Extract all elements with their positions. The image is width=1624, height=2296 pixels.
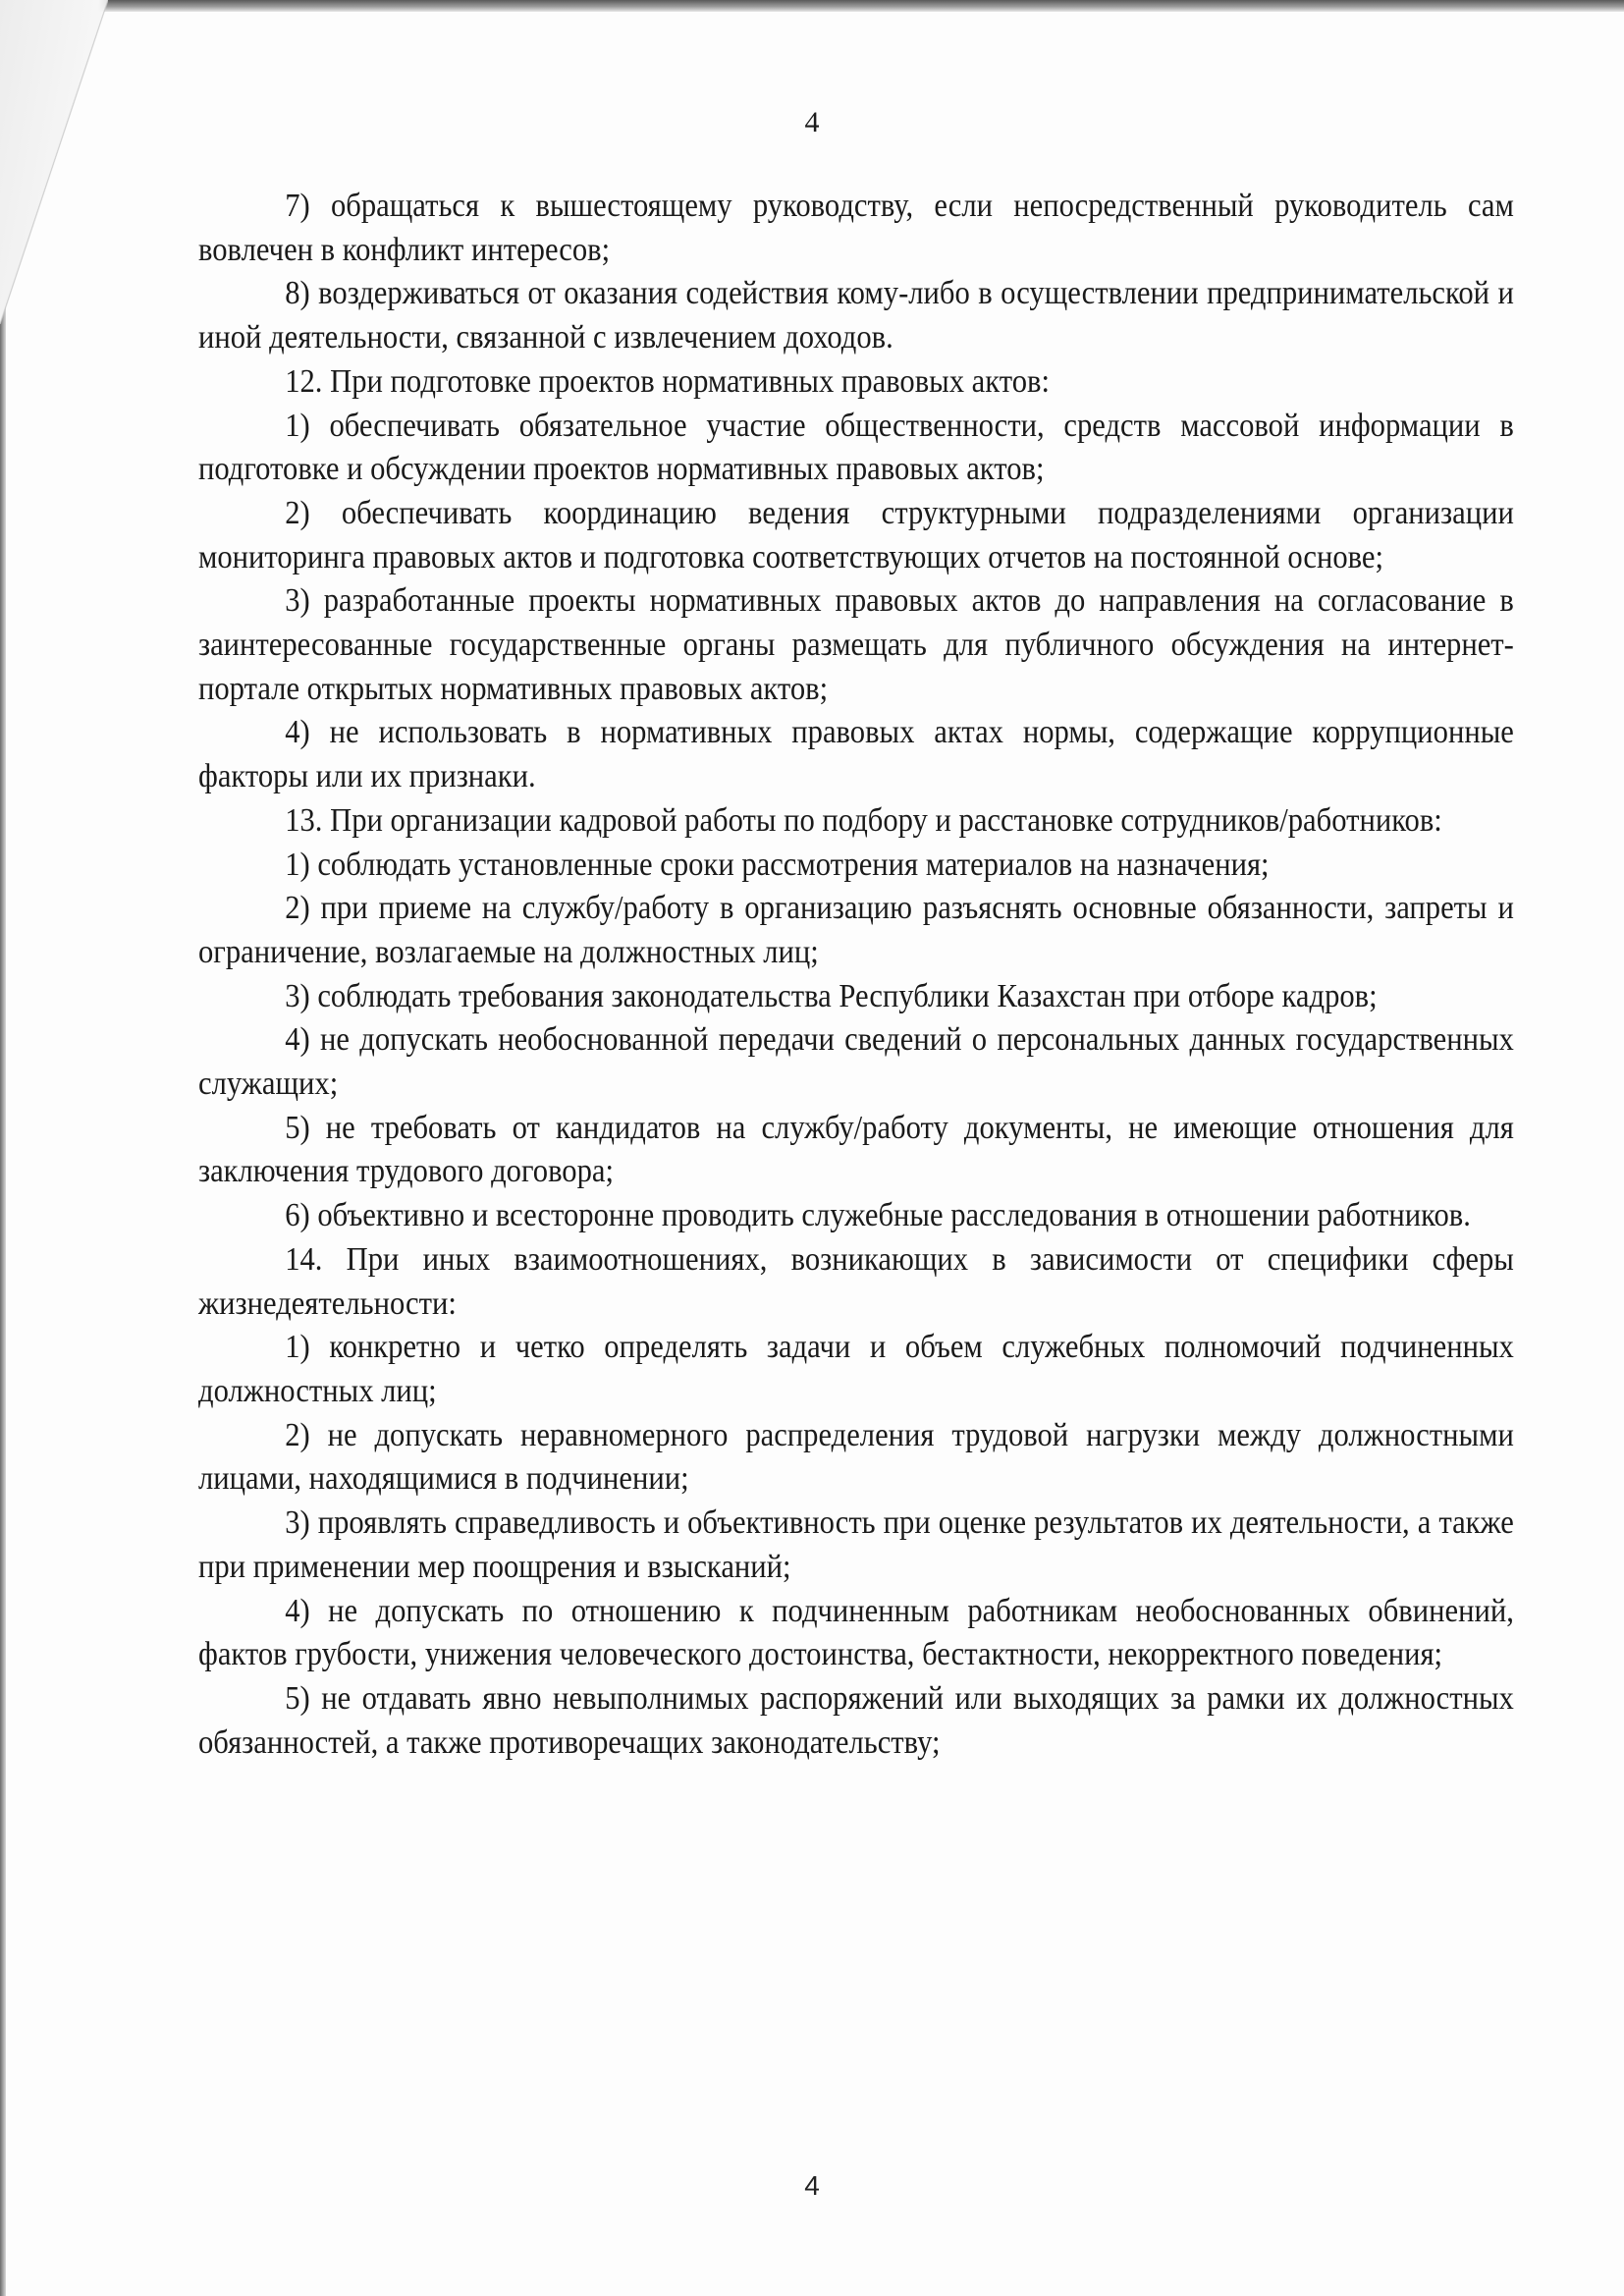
page-number-footer: 4 — [0, 2170, 1624, 2202]
scan-left-edge — [0, 0, 6, 2296]
folded-corner-crease — [0, 0, 108, 324]
section-12-item-1: 1) обеспечивать обязательное участие общ… — [198, 405, 1514, 492]
section-13-item-5: 5) не требовать от кандидатов на службу/… — [198, 1107, 1514, 1194]
page-number-header: 4 — [0, 106, 1624, 139]
section-14-item-3: 3) проявлять справедливость и объективно… — [198, 1502, 1514, 1589]
section-13-item-3: 3) соблюдать требования законодательства… — [198, 975, 1514, 1019]
section-12-heading: 12. При подготовке проектов нормативных … — [198, 360, 1514, 405]
paragraph-8-refrain-assistance: 8) воздерживаться от оказания содействия… — [198, 272, 1514, 359]
section-14-heading: 14. При иных взаимоотношениях, возникающ… — [198, 1238, 1514, 1326]
paragraph-7-appeal-to-superior: 7) обращаться к вышестоящему руководству… — [198, 185, 1514, 272]
section-13-item-6: 6) объективно и всесторонне проводить сл… — [198, 1194, 1514, 1238]
section-13-heading: 13. При организации кадровой работы по п… — [198, 799, 1514, 844]
section-12-item-4: 4) не использовать в нормативных правовы… — [198, 711, 1514, 798]
section-13-item-1: 1) соблюдать установленные сроки рассмот… — [198, 844, 1514, 888]
section-12-item-3: 3) разработанные проекты нормативных пра… — [198, 579, 1514, 711]
scanned-page: 4 7) обращаться к вышестоящему руководст… — [0, 0, 1624, 2296]
scan-top-edge — [0, 0, 1624, 12]
section-12-item-2: 2) обеспечивать координацию ведения стру… — [198, 492, 1514, 579]
section-13-item-2: 2) при приеме на службу/работу в организ… — [198, 887, 1514, 974]
section-14-item-4: 4) не допускать по отношению к подчиненн… — [198, 1590, 1514, 1677]
section-14-item-5: 5) не отдавать явно невыполнимых распоря… — [198, 1677, 1514, 1765]
document-body: 7) обращаться к вышестоящему руководству… — [198, 185, 1514, 1765]
section-14-item-1: 1) конкретно и четко определять задачи и… — [198, 1326, 1514, 1413]
section-14-item-2: 2) не допускать неравномерного распредел… — [198, 1414, 1514, 1502]
section-13-item-4: 4) не допускать необоснованной передачи … — [198, 1018, 1514, 1106]
